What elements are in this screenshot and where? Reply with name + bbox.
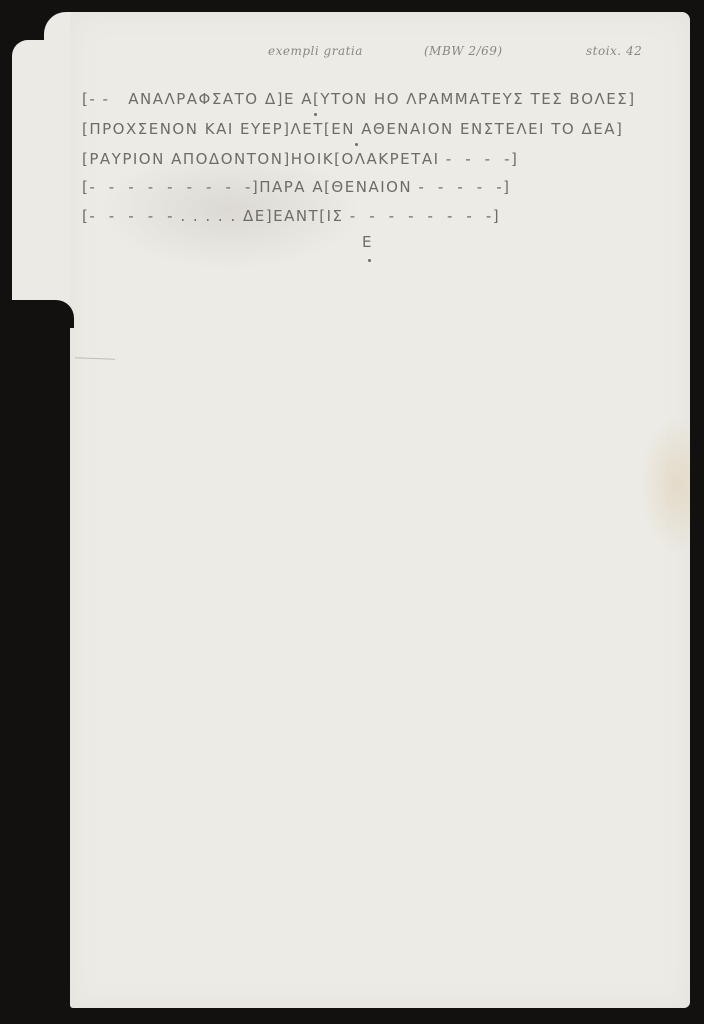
- underdot-mark: [355, 143, 358, 146]
- note-stoichedon: stoix. 42: [586, 44, 642, 58]
- card-notch: [12, 300, 74, 328]
- note-reference: (MBW 2/69): [424, 44, 503, 58]
- inscription-sub-letter: Ε: [362, 233, 371, 251]
- scanned-index-card: exempli gratia (MBW 2/69) stoix. 42 [- -…: [0, 0, 704, 1024]
- inscription-line-5: [- - - - - . . . . . ΔΕ]ΕΑΝΤ[ΙΣ - - - - …: [82, 207, 500, 225]
- inscription-line-4: [- - - - - - - - -]ΠΑΡΑ Α[ΘΕΝΑΙΟΝ - - - …: [82, 178, 510, 196]
- inscription-line-2: [ΠΡΟΧΣΕΝΟΝ ΚΑΙ ΕΥΕΡ]ΛΕΤ[ΕΝ ΑΘΕΝΑΙΟΝ ΕΝΣΤ…: [82, 120, 623, 138]
- inscription-line-1: [- - ΑΝΑΛΡΑΦΣΑΤΟ Δ]Ε Α[ΥΤΟΝ ΗΟ ΛΡΑΜΜΑΤΕΥ…: [82, 90, 636, 108]
- inscription-line-3: [ΡΑΥΡΙΟΝ ΑΠΟΔΟΝΤΟΝ]ΗΟΙΚ[ΟΛΑΚΡΕΤΑΙ - - - …: [82, 150, 518, 168]
- underdot-mark: [368, 259, 371, 262]
- underdot-mark: [314, 113, 317, 116]
- note-exempli-gratia: exempli gratia: [268, 44, 363, 58]
